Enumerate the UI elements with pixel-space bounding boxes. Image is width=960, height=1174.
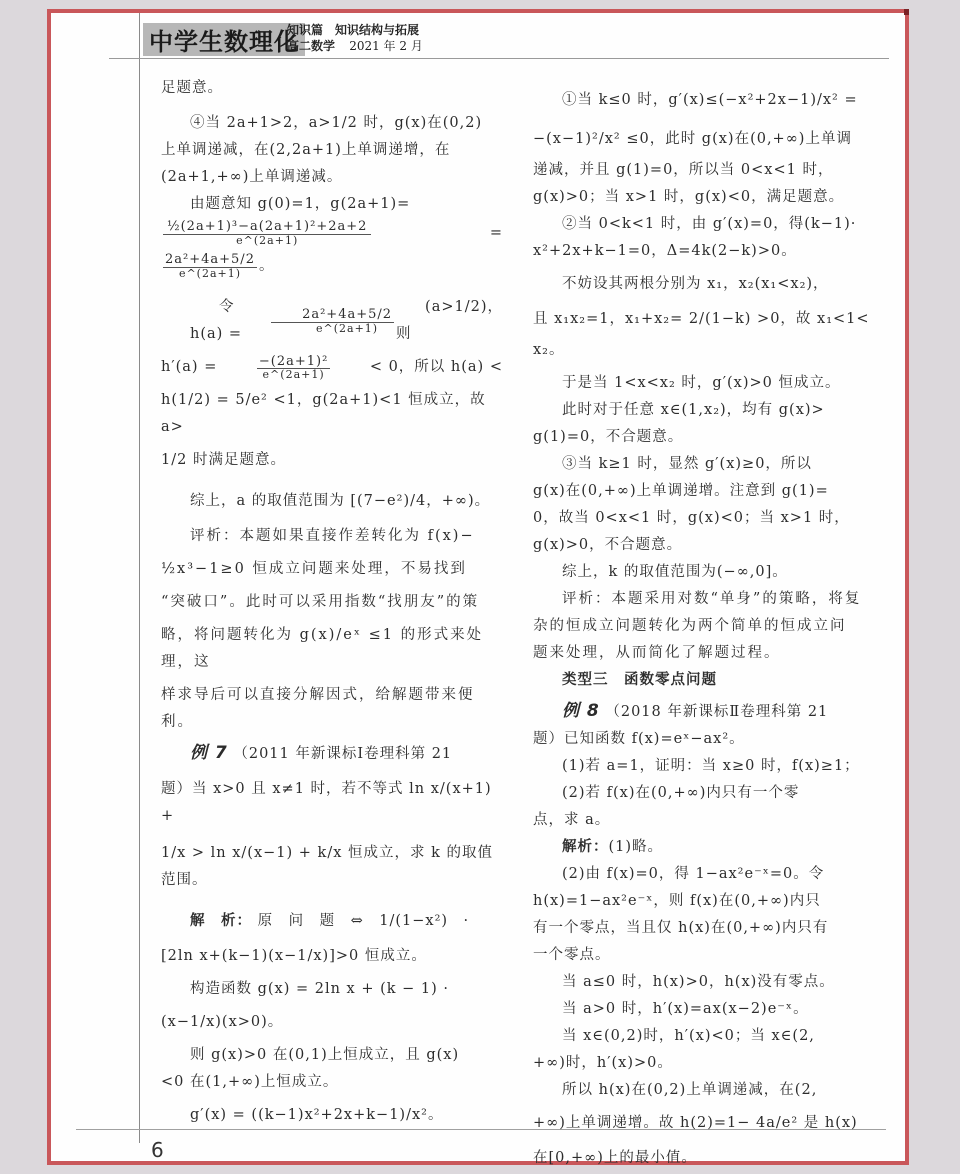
text-line: 递减，并且 g(1)=0，所以当 0<x<1 时， [533, 157, 883, 184]
text-line: ②当 0<k<1 时，由 g′(x)=0，得(k−1)· [533, 211, 883, 238]
remark-line: “突破口”。此时可以采用指数“找朋友”的策 [161, 589, 503, 616]
journal-masthead: 中学生数理化 [143, 23, 305, 56]
text-line: 不妨设其两根分别为 x₁，x₂(x₁<x₂)， [533, 271, 883, 298]
text-line: 构造函数 g(x) = 2ln x + (k − 1) · [161, 976, 503, 1003]
text-line: g(x)在(0,+∞)上单调递增。注意到 g(1)= [533, 478, 883, 505]
fraction: 2a²+4a+5/2 e^(2a+1) [163, 253, 257, 279]
text-line: 当 a>0 时，h′(x)=ax(x−2)e⁻ˣ。 [533, 996, 883, 1023]
solution-line: 解 析： 原 问 题 ⇔ 1/(1−x²) · [161, 908, 503, 935]
remark-line: ½x³−1≥0 恒成立问题来处理，不易找到 [161, 556, 503, 583]
text-line: +∞)上单调递增。故 h(2)=1− 4a/e² 是 h(x) [533, 1110, 883, 1137]
remark-line: 题来处理，从而简化了解题过程。 [533, 640, 883, 667]
solution-line: 解析：(1)略。 [533, 834, 883, 861]
text-line: 一个零点。 [533, 942, 883, 969]
text-line: (x−1/x)(x>0)。 [161, 1009, 503, 1036]
text-line: 上单调递减，在(2,2a+1)上单调递增，在 [161, 137, 503, 164]
text-line: 足题意。 [161, 75, 503, 102]
text-line: ③当 k≥1 时，显然 g′(x)≥0，所以 [533, 451, 883, 478]
frame-corner [904, 9, 909, 15]
gutter-rule [139, 13, 140, 1143]
text-line: (2)由 f(x)=0，得 1−ax²e⁻ˣ=0。令 [533, 861, 883, 888]
text-line: (1)若 a=1，证明：当 x≥0 时，f(x)≥1； [533, 753, 883, 780]
example-header: 例 7 （2011 年新课标Ⅰ卷理科第 21 [161, 740, 503, 768]
remark-line: 评析：本题如果直接作差转化为 f(x)− [161, 523, 503, 550]
header-date: 2021 年 2 月 [349, 39, 423, 53]
header-rule [109, 58, 889, 59]
text-line: 当 x∈(0,2)时，h′(x)<0；当 x∈(2, [533, 1023, 883, 1050]
text-line: x₂。 [533, 337, 883, 364]
conclusion-line: 综上，a 的取值范围为 [(7−e²)/4，+∞)。 [161, 488, 503, 515]
text-line: 题）当 x>0 且 x≠1 时，若不等式 ln x/(x+1) + [161, 776, 503, 830]
text-line: g(x)>0；当 x>1 时，g(x)<0，满足题意。 [533, 184, 883, 211]
text-line: (2a+1,+∞)上单调递减。 [161, 164, 503, 191]
right-column: ①当 k≤0 时，g′(x)≤(−x²+2x−1)/x² = −(x−1)²/x… [533, 87, 883, 1172]
text-line: <0 在(1,+∞)上恒成立。 [161, 1069, 503, 1096]
text-line: [2ln x+(k−1)(x−1/x)]>0 恒成立。 [161, 943, 503, 970]
text-line: h(x)=1−ax²e⁻ˣ，则 f(x)在(0,+∞)内只 [533, 888, 883, 915]
text-line: 当 a≤0 时，h(x)>0，h(x)没有零点。 [533, 969, 883, 996]
text-line: 于是当 1<x<x₂ 时，g′(x)>0 恒成立。 [533, 370, 883, 397]
text-line: 则 g(x)>0 在(0,1)上恒成立，且 g(x) [161, 1042, 503, 1069]
text-line: 有一个零点，当且仅 h(x)在(0,+∞)内只有 [533, 915, 883, 942]
header-section: 知识篇 知识结构与拓展 [287, 22, 423, 38]
text-line: 所以 h(x)在(0,2)上单调递减，在(2, [533, 1077, 883, 1104]
text-line: 且 x₁x₂=1，x₁+x₂= 2/(1−k) >0，故 x₁<1< [533, 306, 883, 333]
remark-line: 样求导后可以直接分解因式，给解题带来便利。 [161, 682, 503, 736]
example-8-tag: 例 8 [562, 701, 600, 721]
text-line: 由题意知 g(0)=1，g(2a+1)= [161, 191, 503, 218]
fraction: 2a²+4a+5/2 e^(2a+1) [271, 308, 394, 334]
text-line: h(1/2) = 5/e² <1，g(2a+1)<1 恒成立，故 a> [161, 387, 503, 441]
text-line: 在[0,+∞)上的最小值。 [533, 1145, 883, 1172]
remark-line: 略，将问题转化为 g(x)/eˣ ≤1 的形式来处理，这 [161, 622, 503, 676]
text-line: x²+2x+k−1=0，Δ=4k(2−k)>0。 [533, 238, 883, 265]
text-line: 0，故当 0<x<1 时，g(x)<0；当 x>1 时， [533, 505, 883, 532]
fraction: −(2a+1)² e^(2a+1) [257, 355, 330, 381]
text-line: 点，求 a。 [533, 807, 883, 834]
text-line: 此时对于任意 x∈(1,x₂)，均有 g(x)> [533, 397, 883, 424]
text-line: ①当 k≤0 时，g′(x)≤(−x²+2x−1)/x² = [533, 87, 883, 114]
formula-line: 令 h(a) = 2a²+4a+5/2 e^(2a+1) (a>1/2)，则 [161, 294, 503, 348]
formula-line: h′(a) = −(2a+1)² e^(2a+1) < 0，所以 h(a) < [161, 354, 503, 381]
header-meta: 知识篇 知识结构与拓展 高二数学 2021 年 2 月 [287, 22, 423, 54]
formula-line: 2a²+4a+5/2 e^(2a+1) 。 [161, 253, 503, 280]
header-issue: 高二数学 2021 年 2 月 [287, 38, 423, 54]
remark-line: 评析：本题采用对数“单身”的策略，将复 [533, 586, 883, 613]
example-7-tag: 例 7 [190, 743, 228, 763]
text-line: 1/x > ln x/(x−1) + k/x 恒成立，求 k 的取值范围。 [161, 840, 503, 894]
conclusion-line: 综上，k 的取值范围为(−∞,0]。 [533, 559, 883, 586]
remark-line: 杂的恒成立问题转化为两个简单的恒成立问 [533, 613, 883, 640]
text-line: −(x−1)²/x² ≤0，此时 g(x)在(0,+∞)上单调 [533, 126, 883, 153]
fraction: ½(2a+1)³−a(2a+1)²+2a+2 e^(2a+1) [163, 220, 371, 246]
formula-line: ½(2a+1)³−a(2a+1)²+2a+2 e^(2a+1) = [161, 220, 503, 247]
text-line: g(1)=0，不合题意。 [533, 424, 883, 451]
text-line: (2)若 f(x)在(0,+∞)内只有一个零 [533, 780, 883, 807]
text-line: +∞)时，h′(x)>0。 [533, 1050, 883, 1077]
text-line: g(x)>0，不合题意。 [533, 532, 883, 559]
text-line: ④当 2a+1>2，a>1/2 时，g(x)在(0,2) [161, 110, 503, 137]
header-subject: 高二数学 [287, 39, 335, 53]
journal-page: 中学生数理化 知识篇 知识结构与拓展 高二数学 2021 年 2 月 6 足题意… [47, 9, 909, 1165]
text-line: 1/2 时满足题意。 [161, 447, 503, 474]
solution-label: 解 析： [190, 913, 252, 929]
left-column: 足题意。 ④当 2a+1>2，a>1/2 时，g(x)在(0,2) 上单调递减，… [161, 75, 503, 1129]
section-heading: 类型三 函数零点问题 [533, 667, 883, 694]
formula-line: g′(x) = ((k−1)x²+2x+k−1)/x²。 [161, 1102, 503, 1129]
page-number: 6 [151, 1138, 164, 1162]
solution-label: 解析： [562, 839, 609, 855]
text-line: 题）已知函数 f(x)=eˣ−ax²。 [533, 726, 883, 753]
example-header: 例 8 （2018 年新课标Ⅱ卷理科第 21 [533, 698, 883, 726]
